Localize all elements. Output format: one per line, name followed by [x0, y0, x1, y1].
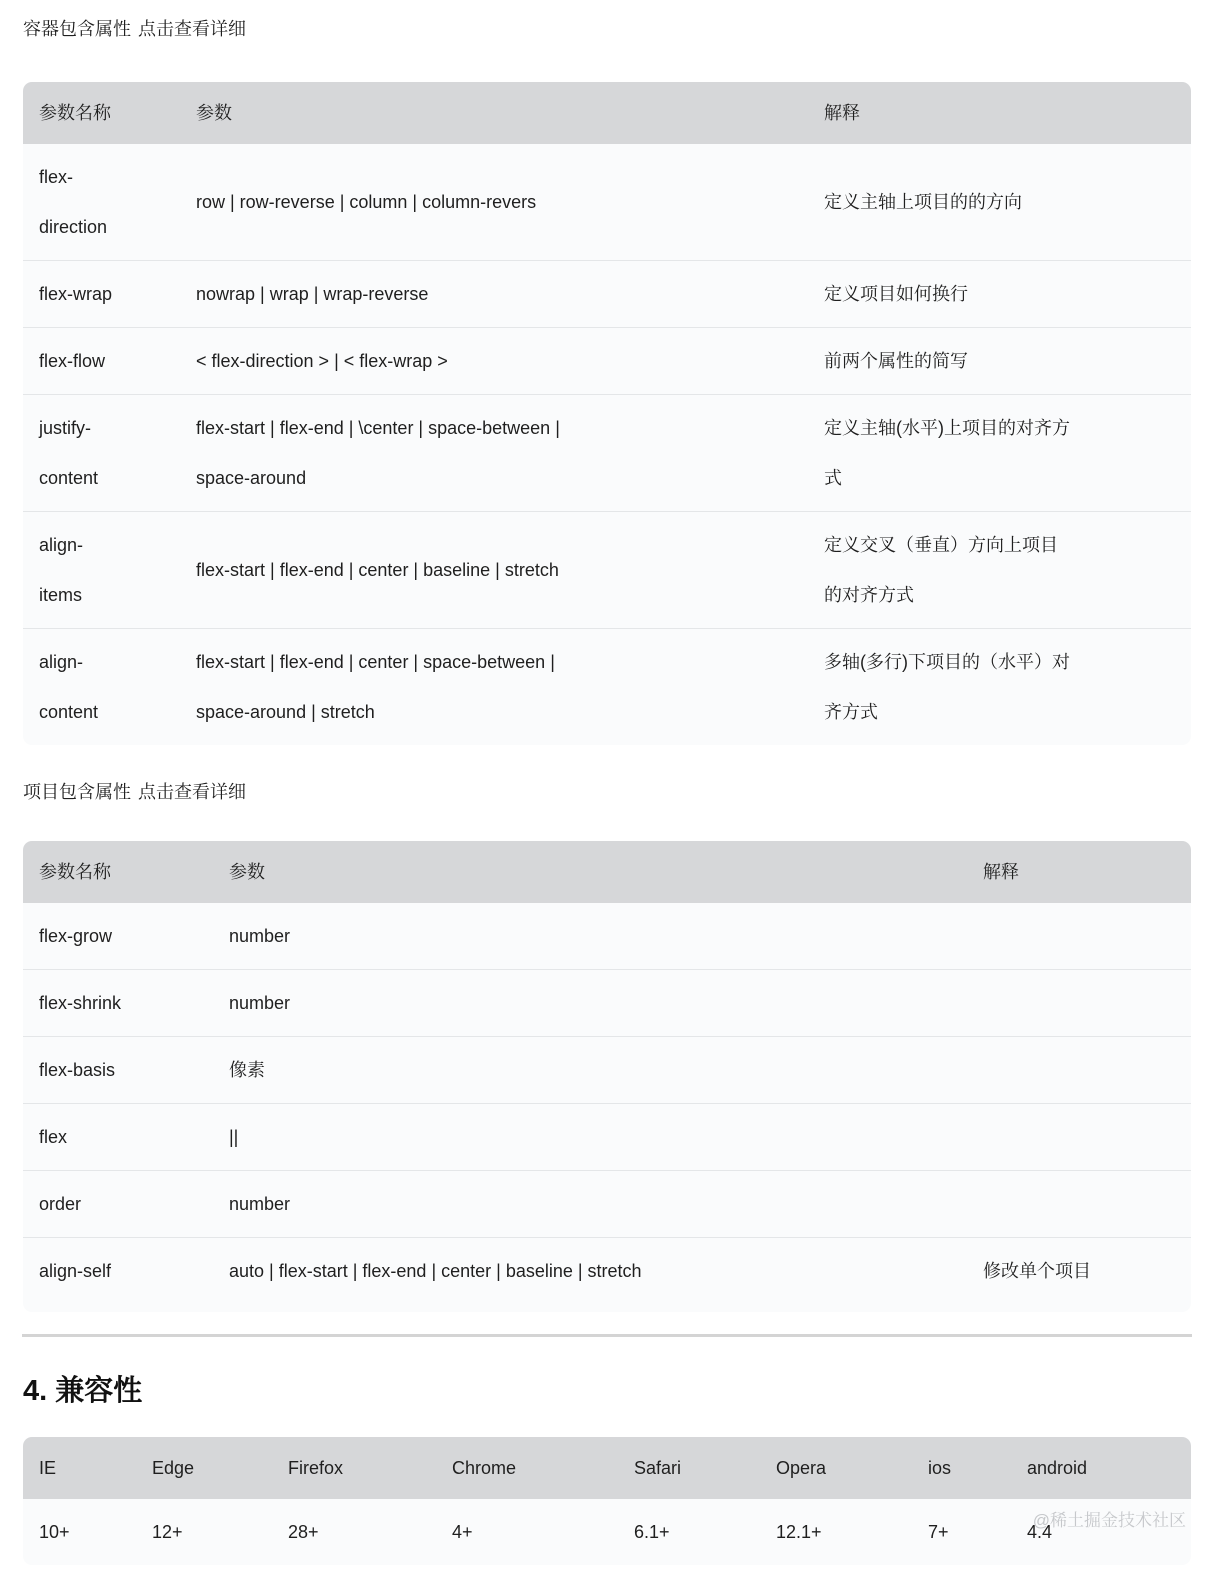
col-header-explain: 解释 [808, 82, 1191, 144]
container-props-table-grid: 参数名称 参数 解释 flex- direction row | row-rev… [23, 82, 1191, 745]
table-row-order: order number [23, 1171, 1191, 1238]
compatibility-table: IE Edge Firefox Chrome Safari Opera ios … [23, 1437, 1191, 1565]
col-header-firefox: Firefox [272, 1437, 436, 1499]
table-row-flex: flex || [23, 1104, 1191, 1171]
cell-param-name: align-self [23, 1238, 213, 1313]
item-table-header-row: 参数名称 参数 解释 [23, 841, 1191, 903]
cell-explain: 定义交叉（垂直）方向上项目 的对齐方式 [808, 512, 1191, 629]
container-detail-link[interactable]: 点击查看详细 [138, 19, 246, 39]
cell-param: row | row-reverse | column | column-reve… [180, 144, 808, 261]
col-header-android: android [1011, 1437, 1191, 1499]
col-header-param-name: 参数名称 [23, 82, 180, 144]
article-content: 容器包含属性点击查看详细 参数名称 参数 解释 flex- direction … [0, 16, 1214, 1565]
cell-explain: 定义主轴(水平)上项目的对齐方 式 [808, 395, 1191, 512]
item-detail-link[interactable]: 点击查看详细 [138, 782, 246, 802]
cell-param: number [213, 903, 967, 970]
item-props-label: 项目包含属性 [23, 782, 131, 802]
cell-explain: 定义主轴上项目的的方向 [808, 144, 1191, 261]
cell-param-name: align- items [23, 512, 180, 629]
table-row-flex-flow: flex-flow < flex-direction > | < flex-wr… [23, 328, 1191, 395]
cell-param-name: justify- content [23, 395, 180, 512]
cell-param-name: flex-shrink [23, 970, 213, 1037]
cell-param: || [213, 1104, 967, 1171]
col-header-opera: Opera [760, 1437, 912, 1499]
section-divider [22, 1334, 1192, 1337]
compat-values-row: 10+ 12+ 28+ 4+ 6.1+ 12.1+ 7+ 4.4 [23, 1499, 1191, 1565]
cell-explain [967, 1037, 1191, 1104]
col-header-explain: 解释 [967, 841, 1191, 903]
table-row-flex-basis: flex-basis 像素 [23, 1037, 1191, 1104]
cell-opera-version: 12.1+ [760, 1499, 912, 1565]
cell-param: number [213, 1171, 967, 1238]
col-header-safari: Safari [618, 1437, 760, 1499]
container-props-table: 参数名称 参数 解释 flex- direction row | row-rev… [23, 82, 1191, 745]
table-row-flex-direction: flex- direction row | row-reverse | colu… [23, 144, 1191, 261]
col-header-ios: ios [912, 1437, 1011, 1499]
item-props-table: 参数名称 参数 解释 flex-grow number flex-shrink … [23, 841, 1191, 1312]
compat-header-row: IE Edge Firefox Chrome Safari Opera ios … [23, 1437, 1191, 1499]
cell-param: flex-start | flex-end | \center | space-… [180, 395, 808, 512]
cell-explain [967, 903, 1191, 970]
table-row-flex-shrink: flex-shrink number [23, 970, 1191, 1037]
col-header-param: 参数 [213, 841, 967, 903]
col-header-chrome: Chrome [436, 1437, 618, 1499]
col-header-ie: IE [23, 1437, 136, 1499]
cell-param: nowrap | wrap | wrap-reverse [180, 261, 808, 328]
cell-param: 像素 [213, 1037, 967, 1104]
cell-param: flex-start | flex-end | center | space-b… [180, 629, 808, 746]
col-header-edge: Edge [136, 1437, 272, 1499]
compatibility-heading: 4. 兼容性 [23, 1373, 1191, 1409]
table-row-align-items: align- items flex-start | flex-end | cen… [23, 512, 1191, 629]
cell-explain: 修改单个项目 [967, 1238, 1191, 1313]
cell-param-name: align- content [23, 629, 180, 746]
cell-ie-version: 10+ [23, 1499, 136, 1565]
table-row-justify-content: justify- content flex-start | flex-end |… [23, 395, 1191, 512]
table-row-flex-grow: flex-grow number [23, 903, 1191, 970]
cell-param-name: flex-flow [23, 328, 180, 395]
cell-android-version: 4.4 [1011, 1499, 1191, 1565]
compatibility-table-grid: IE Edge Firefox Chrome Safari Opera ios … [23, 1437, 1191, 1565]
cell-param: auto | flex-start | flex-end | center | … [213, 1238, 967, 1313]
cell-param-name: flex-wrap [23, 261, 180, 328]
cell-explain [967, 970, 1191, 1037]
cell-param-name: flex [23, 1104, 213, 1171]
cell-param-name: flex-grow [23, 903, 213, 970]
cell-explain: 前两个属性的简写 [808, 328, 1191, 395]
item-props-caption: 项目包含属性点击查看详细 [23, 779, 1191, 805]
cell-param-name: flex- direction [23, 144, 180, 261]
cell-param: flex-start | flex-end | center | baselin… [180, 512, 808, 629]
cell-firefox-version: 28+ [272, 1499, 436, 1565]
cell-ios-version: 7+ [912, 1499, 1011, 1565]
cell-explain [967, 1171, 1191, 1238]
table-row-align-self: align-self auto | flex-start | flex-end … [23, 1238, 1191, 1313]
cell-explain [967, 1104, 1191, 1171]
cell-explain: 定义项目如何换行 [808, 261, 1191, 328]
cell-edge-version: 12+ [136, 1499, 272, 1565]
item-props-table-grid: 参数名称 参数 解释 flex-grow number flex-shrink … [23, 841, 1191, 1312]
cell-param-name: flex-basis [23, 1037, 213, 1104]
cell-param: number [213, 970, 967, 1037]
cell-chrome-version: 4+ [436, 1499, 618, 1565]
col-header-param: 参数 [180, 82, 808, 144]
cell-param-name: order [23, 1171, 213, 1238]
table-row-align-content: align- content flex-start | flex-end | c… [23, 629, 1191, 746]
container-table-header-row: 参数名称 参数 解释 [23, 82, 1191, 144]
col-header-param-name: 参数名称 [23, 841, 213, 903]
cell-safari-version: 6.1+ [618, 1499, 760, 1565]
container-props-caption: 容器包含属性点击查看详细 [23, 16, 1191, 42]
cell-explain: 多轴(多行)下项目的（水平）对 齐方式 [808, 629, 1191, 746]
cell-param: < flex-direction > | < flex-wrap > [180, 328, 808, 395]
container-props-label: 容器包含属性 [23, 19, 131, 39]
table-row-flex-wrap: flex-wrap nowrap | wrap | wrap-reverse 定… [23, 261, 1191, 328]
